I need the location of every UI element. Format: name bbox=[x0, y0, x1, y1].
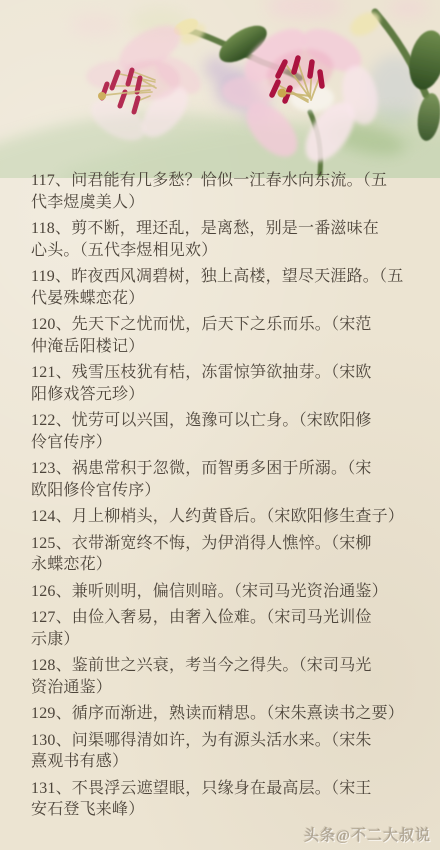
quote-item: 118、剪不断，理还乱，是离愁，别是一番滋味在 心头。（五代李煜相见欢） bbox=[31, 218, 420, 261]
quote-item: 123、祸患常积于忽微，而智勇多困于所溺。（宋 欧阳修伶官传序） bbox=[31, 458, 420, 501]
quote-item: 120、先天下之忧而忧，后天下之乐而乐。（宋范 仲淹岳阳楼记） bbox=[31, 314, 420, 357]
quotes-list: 117、问君能有几多愁？恰似一江春水向东流。（五 代李煜虞美人） 118、剪不断… bbox=[0, 170, 440, 826]
quote-item: 130、问渠哪得清如许，为有源头活水来。（宋朱 熹观书有感） bbox=[31, 730, 420, 773]
quote-item: 126、兼听则明，偏信则暗。（宋司马光资治通鉴） bbox=[31, 581, 420, 603]
quote-item: 128、鉴前世之兴衰，考当今之得失。（宋司马光 资治通鉴） bbox=[31, 655, 420, 698]
quote-item: 125、衣带渐宽终不悔，为伊消得人憔悴。（宋柳 永蝶恋花） bbox=[31, 533, 420, 576]
quote-item: 122、忧劳可以兴国，逸豫可以亡身。（宋欧阳修 伶官传序） bbox=[31, 410, 420, 453]
quote-item: 124、月上柳梢头，人约黄昏后。（宋欧阳修生查子） bbox=[31, 506, 420, 528]
quote-item: 119、昨夜西风凋碧树，独上高楼，望尽天涯路。（五 代晏殊蝶恋花） bbox=[31, 266, 420, 309]
quote-item: 117、问君能有几多愁？恰似一江春水向东流。（五 代李煜虞美人） bbox=[31, 170, 420, 213]
quote-item: 131、不畏浮云遮望眼，只缘身在最高层。（宋王 安石登飞来峰） bbox=[31, 778, 420, 821]
quote-item: 129、循序而渐进，熟读而精思。（宋朱熹读书之要） bbox=[31, 703, 420, 725]
watercolor-lily-illustration bbox=[0, 0, 440, 178]
quote-item: 121、残雪压枝犹有桔，冻雷惊笋欲抽芽。（宋欧 阳修戏答元珍） bbox=[31, 362, 420, 405]
toutiao-watermark: 头条@不二大叔说 bbox=[304, 824, 431, 845]
quote-item: 127、由俭入奢易，由奢入俭难。（宋司马光训俭 示康） bbox=[31, 607, 420, 650]
